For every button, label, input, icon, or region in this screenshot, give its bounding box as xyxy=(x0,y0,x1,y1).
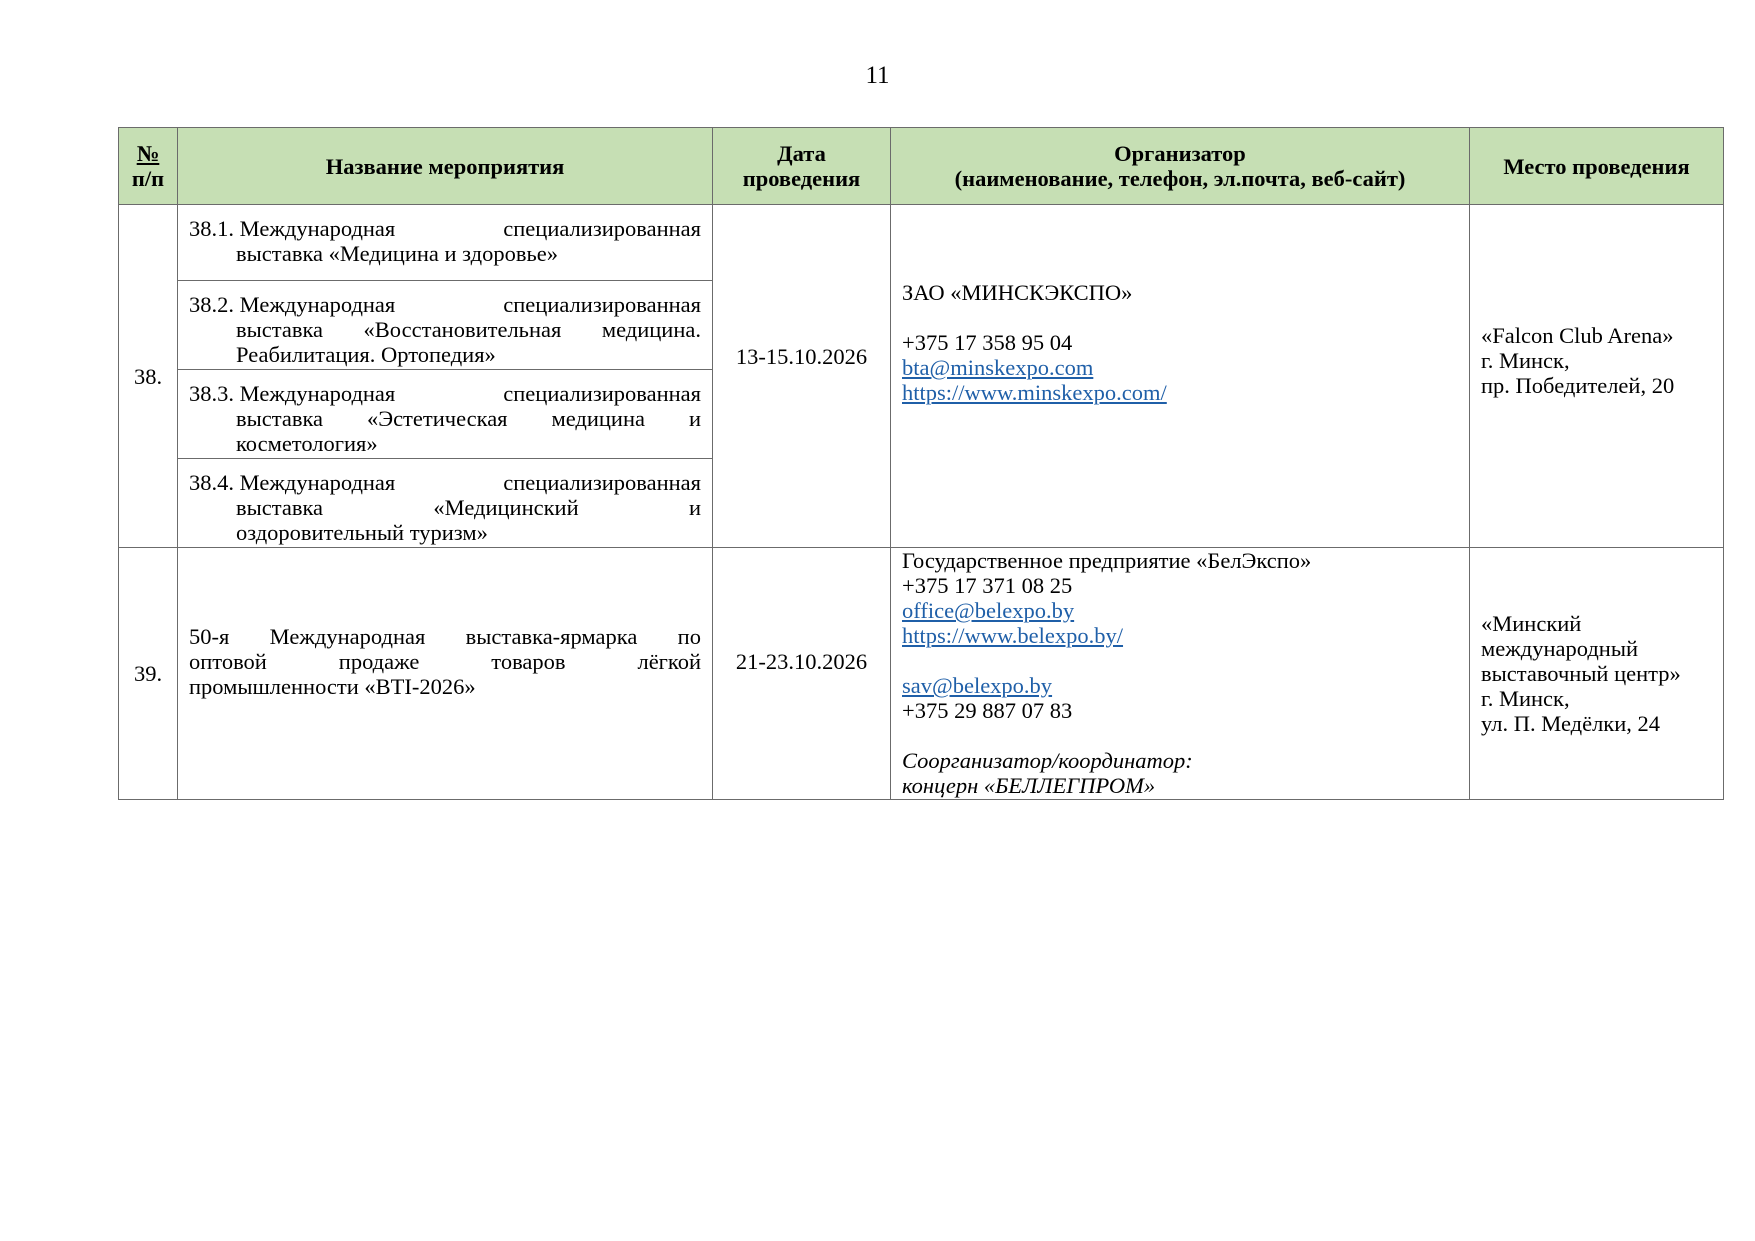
organizer-website-link[interactable]: https://www.belexpo.by/ xyxy=(902,623,1123,648)
event-title-part: выставка xyxy=(236,495,323,520)
place-address: ул. П. Медёлки, 24 xyxy=(1481,711,1712,736)
organizer-cell: Государственное предприятие «БелЭкспо» +… xyxy=(891,548,1470,800)
event-title-part: «Эстетическая xyxy=(367,406,508,431)
header-organizer-line2: (наименование, телефон, эл.почта, веб-са… xyxy=(891,166,1469,191)
organizer-phone: +375 17 371 08 25 xyxy=(902,573,1458,598)
event-title-part: выставка-ярмарка xyxy=(466,624,638,649)
event-name-39: 50-я Международная выставка-ярмарка по о… xyxy=(178,548,713,800)
row-number: 38. xyxy=(119,205,178,548)
event-title-part: 38.3. Международная xyxy=(189,381,395,406)
event-title-part: лёгкой xyxy=(637,649,701,674)
organizer-phone2: +375 29 887 07 83 xyxy=(902,698,1458,723)
event-date-text: 13-15.10.2026 xyxy=(713,344,890,369)
event-date: 13-15.10.2026 xyxy=(713,205,891,548)
event-title-part: «Восстановительная xyxy=(364,317,562,342)
event-title-part: 38.2. Международная xyxy=(189,292,395,317)
coorganizer-name: концерн «БЕЛЛЕГПРОМ» xyxy=(902,773,1458,798)
header-date: Дата проведения xyxy=(713,128,891,205)
event-name-38-1: 38.1. Международнаяспециализированная вы… xyxy=(178,205,713,281)
event-title-rest: оздоровительный туризм» xyxy=(236,520,701,545)
place-address: пр. Победителей, 20 xyxy=(1481,373,1712,398)
event-name-38-2: 38.2. Международнаяспециализированная вы… xyxy=(178,281,713,370)
header-organizer: Организатор (наименование, телефон, эл.п… xyxy=(891,128,1470,205)
header-place: Место проведения xyxy=(1470,128,1724,205)
event-title-part: специализированная xyxy=(503,470,701,495)
event-title-part: оптовой xyxy=(189,649,267,674)
event-title-rest: промышленности «BTI-2026» xyxy=(189,674,701,699)
event-title-part: 38.1. Международная xyxy=(189,216,395,241)
organizer-email2-link[interactable]: sav@belexpo.by xyxy=(902,673,1052,698)
organizer-cell: ЗАО «МИНСКЭКСПО» +375 17 358 95 04 bta@m… xyxy=(891,205,1470,548)
page-number: 11 xyxy=(0,62,1755,90)
event-date: 21-23.10.2026 xyxy=(713,548,891,800)
table-header-row: № п/п Название мероприятия Дата проведен… xyxy=(119,128,1724,205)
header-organizer-line1: Организатор xyxy=(891,141,1469,166)
place-city: г. Минск, xyxy=(1481,348,1712,373)
header-date-line2: проведения xyxy=(713,166,890,191)
organizer-email-link[interactable]: bta@minskexpo.com xyxy=(902,355,1093,380)
table-row: 38. 38.1. Международнаяспециализированна… xyxy=(119,205,1724,281)
event-title-part: по xyxy=(678,624,701,649)
header-num-label: п/п xyxy=(119,166,177,191)
event-title-part: выставка xyxy=(236,317,323,342)
event-title-part: и xyxy=(689,495,701,520)
event-name-38-3: 38.3. Международнаяспециализированная вы… xyxy=(178,370,713,459)
organizer-phone: +375 17 358 95 04 xyxy=(902,330,1458,355)
event-date-text: 21-23.10.2026 xyxy=(713,649,890,674)
event-title-part: медицина xyxy=(551,406,645,431)
place-venue: выставочный центр» xyxy=(1481,661,1712,686)
event-title-rest: Реабилитация. Ортопедия» xyxy=(236,342,701,367)
row-number: 39. xyxy=(119,548,178,800)
event-title-rest: косметология» xyxy=(236,431,701,456)
header-name: Название мероприятия xyxy=(178,128,713,205)
header-num: № п/п xyxy=(119,128,178,205)
organizer-name: Государственное предприятие «БелЭкспо» xyxy=(902,548,1458,573)
organizer-website-link[interactable]: https://www.minskexpo.com/ xyxy=(902,380,1167,405)
event-title-part: специализированная xyxy=(503,381,701,406)
event-title-part: специализированная xyxy=(503,216,701,241)
table-row: 39. 50-я Международная выставка-ярмарка … xyxy=(119,548,1724,800)
organizer-email-link[interactable]: office@belexpo.by xyxy=(902,598,1074,623)
place-cell: «Минский международный выставочный центр… xyxy=(1470,548,1724,800)
place-venue: «Falcon Club Arena» xyxy=(1481,323,1712,348)
place-city: г. Минск, xyxy=(1481,686,1712,711)
event-title-part: выставка xyxy=(236,406,323,431)
event-title-part: товаров xyxy=(491,649,565,674)
header-date-line1: Дата xyxy=(713,141,890,166)
event-title-part: и xyxy=(689,406,701,431)
event-title-rest: выставка «Медицина и здоровье» xyxy=(189,241,701,266)
place-venue: международный xyxy=(1481,636,1712,661)
event-title-part: 38.4. Международная xyxy=(189,470,395,495)
place-venue: «Минский xyxy=(1481,611,1712,636)
coorganizer-label: Соорганизатор/координатор: xyxy=(902,748,1458,773)
events-table: № п/п Название мероприятия Дата проведен… xyxy=(118,127,1724,800)
organizer-name: ЗАО «МИНСКЭКСПО» xyxy=(902,280,1458,305)
header-num-symbol: № xyxy=(119,141,177,166)
event-title-part: «Медицинский xyxy=(433,495,578,520)
event-title-part: медицина. xyxy=(602,317,701,342)
event-title-part: 50-я xyxy=(189,624,229,649)
event-title-part: специализированная xyxy=(503,292,701,317)
event-title-part: Международная xyxy=(270,624,426,649)
event-title-part: продаже xyxy=(339,649,420,674)
event-name-38-4: 38.4. Международнаяспециализированная вы… xyxy=(178,459,713,548)
place-cell: «Falcon Club Arena» г. Минск, пр. Победи… xyxy=(1470,205,1724,548)
